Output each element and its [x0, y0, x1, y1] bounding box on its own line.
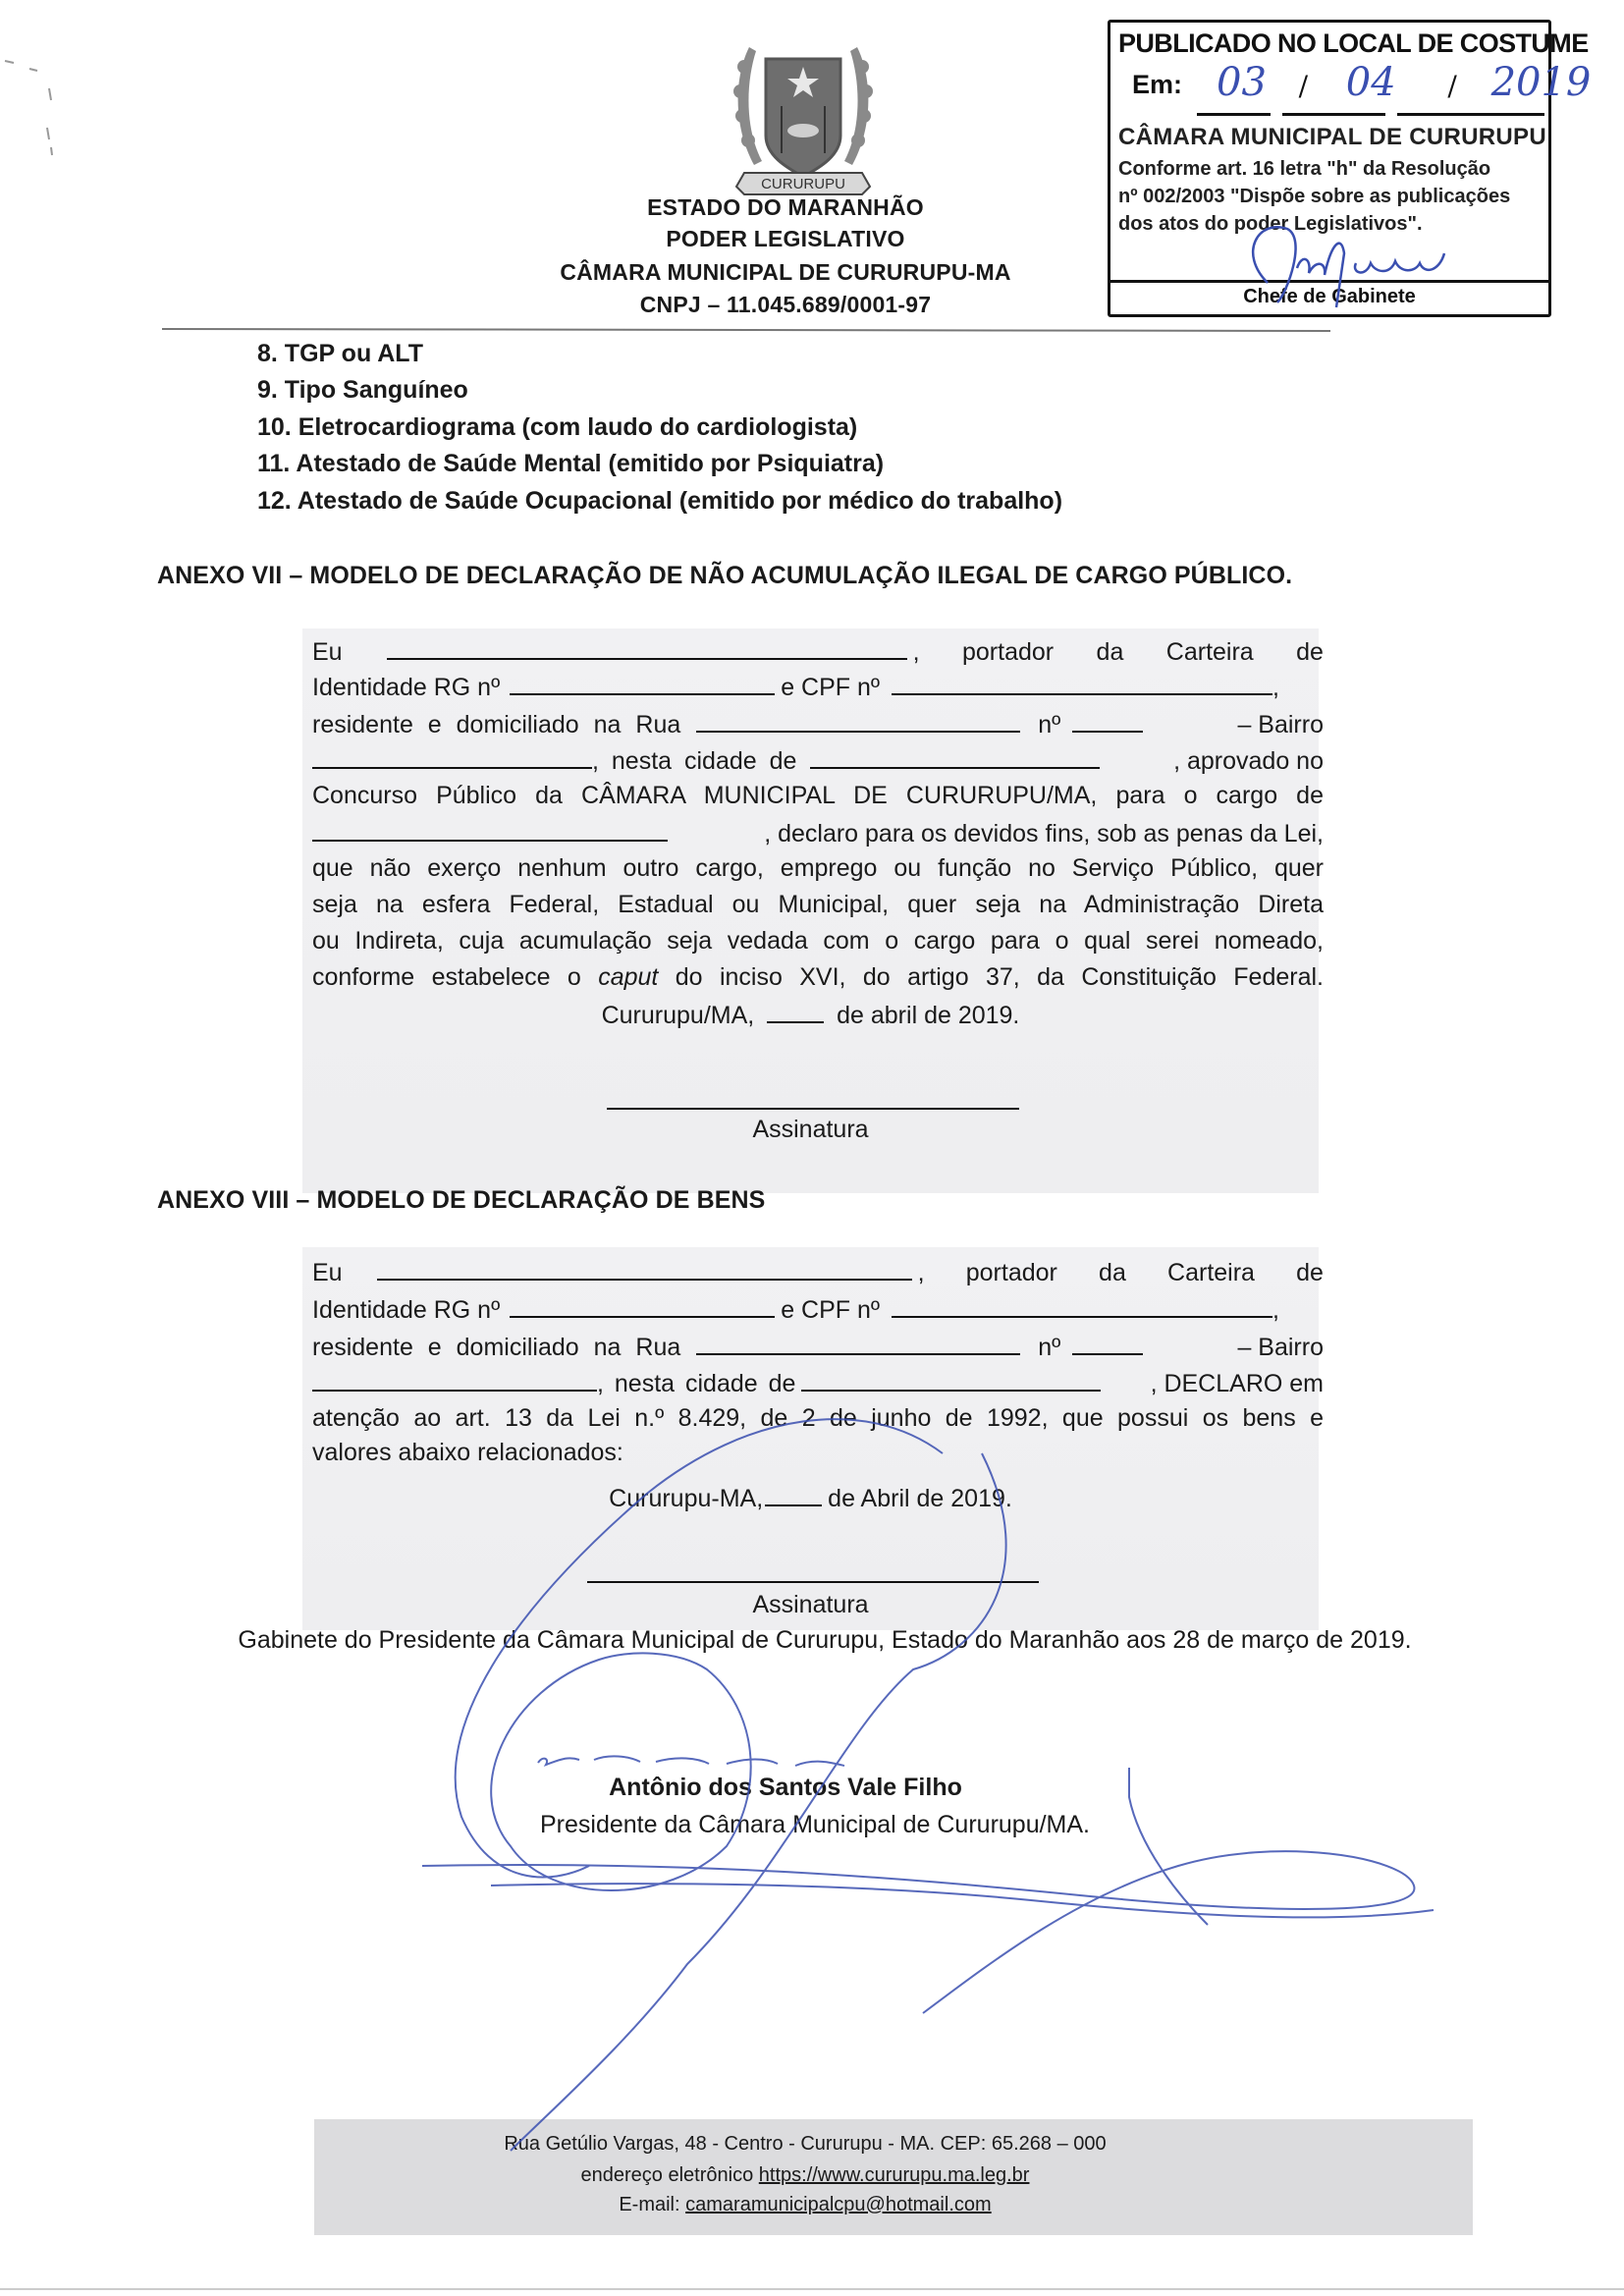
form-label: , nesta cidade de: [592, 747, 796, 776]
form-text: Concurso Público da CÂMARA MUNICIPAL DE …: [312, 782, 1324, 810]
form-text: conforme estabelece o caput do inciso XV…: [312, 963, 1324, 992]
form-label: – Bairro: [1237, 711, 1324, 739]
form-text-italic: caput: [598, 963, 658, 991]
stamp-date-month: 04: [1346, 60, 1396, 105]
day-blank-field[interactable]: [767, 1000, 824, 1023]
website-link[interactable]: https://www.cururupu.ma.leg.br: [759, 2164, 1030, 2186]
stamp-date-year: 2019: [1491, 60, 1592, 105]
annex-vii-date-line: Cururupu/MA, de abril de 2019.: [302, 1000, 1319, 1030]
street-blank-field[interactable]: [696, 709, 1020, 733]
page-bottom-rule: [0, 2288, 1624, 2290]
date-text: de abril de 2019.: [837, 1002, 1019, 1029]
number-blank-field[interactable]: [1072, 709, 1143, 733]
form-text: ou Indireta, cuja acumulação seja vedada…: [312, 927, 1324, 956]
form-label: , DECLARO em: [1151, 1370, 1324, 1398]
coat-of-arms-icon: CURURUPU: [705, 37, 901, 202]
footer-website-line: endereço eletrônico https://www.cururupu…: [314, 2164, 1296, 2187]
footer-website-label: endereço eletrônico: [581, 2164, 754, 2186]
signature-label: Assinatura: [302, 1116, 1319, 1144]
form-label: nº: [1038, 711, 1060, 739]
crest-label: CURURUPU: [761, 176, 845, 192]
day-blank-field[interactable]: [765, 1483, 822, 1506]
cpf-blank-field[interactable]: [892, 1294, 1272, 1318]
annex-vii-form: Eu ,portadordaCarteirade Identidade RG n…: [302, 629, 1319, 1193]
header-cnpj: CNPJ – 11.045.689/0001-97: [491, 292, 1080, 318]
form-text: seja na esfera Federal, Estadual ou Muni…: [312, 891, 1324, 919]
form-label: ,portadordaCarteirade: [918, 1259, 1324, 1287]
signature-line: [607, 1108, 1019, 1110]
stamp-text-line: Conforme art. 16 letra "h" da Resolução: [1118, 158, 1490, 181]
stamp-date-label: Em:: [1132, 70, 1182, 100]
scan-artifact-marks: [0, 49, 59, 167]
annex-vii-title: ANEXO VII – MODELO DE DECLARAÇÃO DE NÃO …: [157, 562, 1292, 590]
form-label: – Bairro: [1237, 1334, 1324, 1362]
signature-label: Assinatura: [302, 1591, 1319, 1619]
annex-viii-title: ANEXO VIII – MODELO DE DECLARAÇÃO DE BEN…: [157, 1186, 765, 1215]
header-divider: [162, 328, 1330, 332]
signature-line: [587, 1581, 1039, 1583]
neighborhood-blank-field[interactable]: [312, 745, 592, 769]
form-label: residente e domiciliado na Rua: [312, 1334, 680, 1362]
position-blank-field[interactable]: [312, 818, 668, 842]
form-text: que não exerço nenhum outro cargo, empre…: [312, 854, 1324, 883]
cpf-blank-field[interactable]: [892, 672, 1272, 695]
form-text: atenção ao art. 13 da Lei n.º 8.429, de …: [312, 1404, 1324, 1433]
requirement-item: 11. Atestado de Saúde Mental (emitido po…: [257, 450, 884, 478]
signer-role: Presidente da Câmara Municipal de Cururu…: [471, 1811, 1159, 1839]
date-underline: [1282, 113, 1385, 116]
form-label: nº: [1038, 1334, 1060, 1362]
form-text: valores abaixo relacionados:: [312, 1439, 623, 1467]
form-label: ,portadordaCarteirade: [913, 638, 1324, 667]
rg-blank-field[interactable]: [510, 672, 775, 695]
footer-email-line: E-mail: camaramunicipalcpu@hotmail.com: [314, 2194, 1296, 2216]
date-place: Cururupu/MA,: [602, 1002, 755, 1029]
requirement-item: 9. Tipo Sanguíneo: [257, 376, 468, 405]
rg-blank-field[interactable]: [510, 1294, 775, 1318]
form-label: Eu: [312, 1259, 343, 1287]
requirement-item: 10. Eletrocardiograma (com laudo do card…: [257, 413, 857, 442]
form-label: , aprovado no: [1173, 747, 1324, 776]
number-blank-field[interactable]: [1072, 1332, 1143, 1355]
date-underline: [1397, 113, 1544, 116]
city-blank-field[interactable]: [810, 745, 1100, 769]
stamp-title: PUBLICADO NO LOCAL DE COSTUME: [1118, 28, 1589, 59]
form-label: , nesta cidade de: [597, 1370, 795, 1398]
requirement-item: 12. Atestado de Saúde Ocupacional (emiti…: [257, 487, 1062, 516]
form-text-part: conforme estabelece o: [312, 963, 598, 991]
closing-statement: Gabinete do Presidente da Câmara Municip…: [147, 1626, 1502, 1655]
form-label: e CPF nº: [781, 1296, 880, 1325]
neighborhood-blank-field[interactable]: [312, 1368, 597, 1392]
header-state: ESTADO DO MARANHÃO: [491, 194, 1080, 221]
street-blank-field[interactable]: [696, 1332, 1020, 1355]
annex-viii-date-line: Cururupu-MA,de Abril de 2019.: [302, 1483, 1319, 1513]
stamp-text-line: nº 002/2003 "Dispõe sobre as publicações: [1118, 186, 1510, 208]
email-link[interactable]: camaramunicipalcpu@hotmail.com: [685, 2194, 992, 2215]
header-branch: PODER LEGISLATIVO: [491, 226, 1080, 252]
form-label: , declaro para os devidos fins, sob as p…: [764, 820, 1324, 848]
stamp-date: 03 / 04 / 2019: [1209, 60, 1591, 105]
form-label: Identidade RG nº: [312, 674, 500, 702]
footer-email-label: E-mail:: [619, 2194, 679, 2215]
stamp-institution: CÂMARA MUNICIPAL DE CURURUPU: [1118, 124, 1546, 151]
date-place: Cururupu-MA,: [609, 1485, 763, 1512]
name-blank-field[interactable]: [377, 1257, 912, 1281]
city-blank-field[interactable]: [801, 1368, 1101, 1392]
form-text-part: do inciso XVI, do artigo 37, da Constitu…: [658, 963, 1324, 991]
requirement-item: 8. TGP ou ALT: [257, 340, 423, 368]
date-text: de Abril de 2019.: [828, 1485, 1012, 1512]
date-underline: [1197, 113, 1271, 116]
publication-stamp: PUBLICADO NO LOCAL DE COSTUME Em: 03 / 0…: [1108, 20, 1551, 317]
header-institution: CÂMARA MUNICIPAL DE CURURUPU-MA: [491, 259, 1080, 286]
footer-address: Rua Getúlio Vargas, 48 - Centro - Cururu…: [314, 2133, 1296, 2156]
form-label: residente e domiciliado na Rua: [312, 711, 680, 739]
signer-name: Antônio dos Santos Vale Filho: [540, 1774, 1031, 1802]
form-label: Eu: [312, 638, 343, 667]
annex-viii-form: Eu ,portadordaCarteirade Identidade RG n…: [302, 1247, 1319, 1630]
form-label: e CPF nº: [781, 674, 880, 702]
stamp-date-day: 03: [1217, 60, 1267, 105]
form-label: Identidade RG nº: [312, 1296, 500, 1325]
handwritten-signature-icon: [1228, 214, 1503, 312]
name-blank-field[interactable]: [387, 636, 907, 660]
